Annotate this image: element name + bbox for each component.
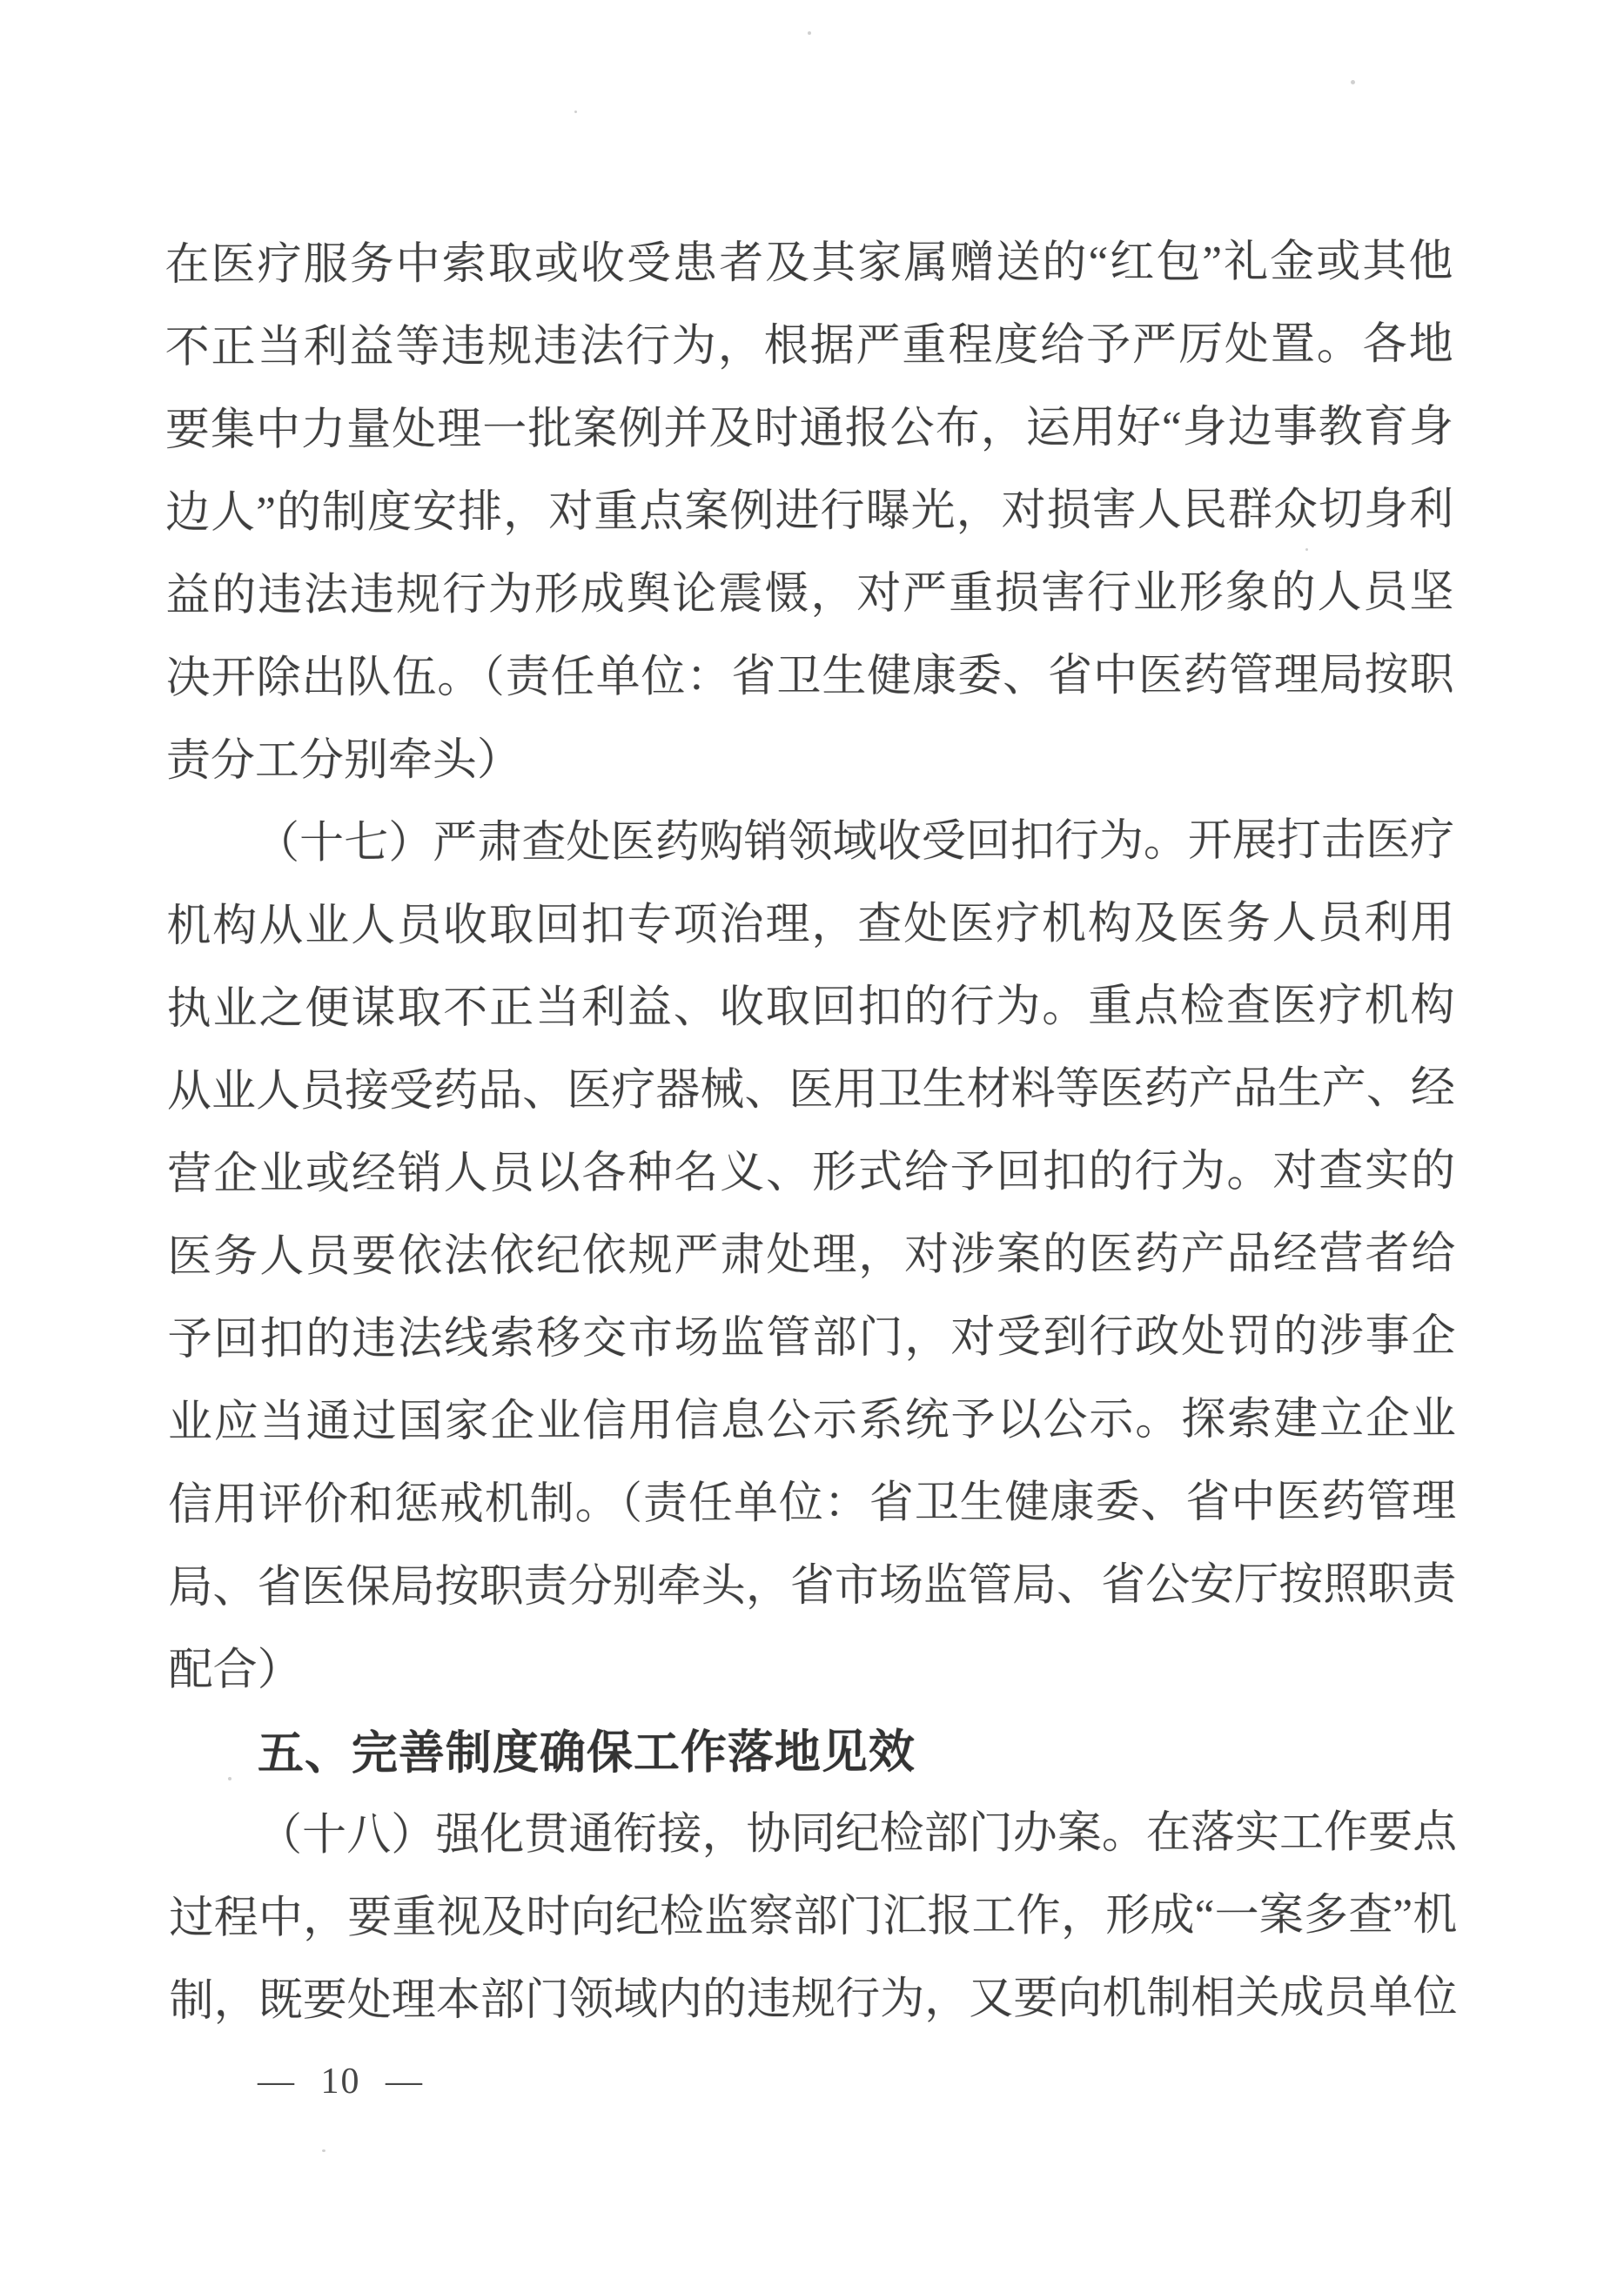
page-number: — 10 — <box>258 2061 424 2102</box>
text-line: 边人”的制度安排，对重点案例进行曝光，对损害人民群众切身利 <box>165 469 1453 555</box>
scan-speck <box>322 2149 325 2152</box>
text-line: 决开除出队伍。（责任单位：省卫生健康委、省中医药管理局按职 <box>166 634 1454 721</box>
text-line: 机构从业人员收取回扣专项治理，查处医疗机构及医务人员利用 <box>166 882 1454 969</box>
scan-speck <box>808 31 811 35</box>
text-line: （十八）强化贯通衔接，协同纪检部门办案。在落实工作要点 <box>169 1792 1457 1878</box>
text-line: 营企业或经销人员以各种名义、形式给予回扣的行为。对查实的 <box>167 1130 1455 1217</box>
scan-speck <box>1351 80 1355 84</box>
text-line: 不正当利益等违规违法行为，根据严重程度给予严厉处置。各地 <box>165 304 1453 390</box>
text-line: 医务人员要依法依纪依规严肃处理，对涉案的医药产品经营者给 <box>167 1213 1455 1299</box>
text-line: 信用评价和惩戒机制。（责任单位：省卫生健康委、省中医药管理 <box>168 1461 1456 1547</box>
text-line: 制，既要处理本部门领域内的违规行为，又要向机制相关成员单位 <box>169 1957 1457 2043</box>
text-line: 从业人员接受药品、医疗器械、医用卫生材料等医药产品生产、经 <box>167 1048 1455 1134</box>
text-line: 在医疗服务中索取或收受患者及其家属赠送的“红包”礼金或其他 <box>164 221 1453 307</box>
text-line: 予回扣的违法线索移交市场监管部门，对受到行政处罚的涉事企 <box>167 1296 1455 1382</box>
text-line: 执业之便谋取不正当利益、收取回扣的行为。重点检查医疗机构 <box>167 965 1455 1051</box>
text-line: 过程中，要重视及时向纪检监察部门汇报工作，形成“一案多查”机 <box>169 1874 1457 1961</box>
section-heading: 五、完善制度确保工作落地见效 <box>169 1709 1457 1795</box>
text-line: 责分工分别牵头） <box>166 717 1454 803</box>
document-page: 在医疗服务中索取或收受患者及其家属赠送的“红包”礼金或其他不正当利益等违规违法行… <box>0 0 1624 2293</box>
scan-speck <box>574 111 577 113</box>
text-line: 配合） <box>168 1626 1456 1713</box>
text-block: 在医疗服务中索取或收受患者及其家属赠送的“红包”礼金或其他不正当利益等违规违法行… <box>164 221 1457 2043</box>
text-line: 业应当通过国家企业信用信息公示系统予以公示。探索建立企业 <box>168 1378 1456 1465</box>
text-line: 局、省医保局按职责分别牵头，省市场监管局、省公安厅按照职责 <box>168 1544 1456 1630</box>
text-line: 要集中力量处理一批案例并及时通报公布，运用好“身边事教育身 <box>165 386 1453 473</box>
scan-speck <box>966 253 970 257</box>
scan-speck <box>1305 548 1308 551</box>
scan-speck <box>228 1777 232 1780</box>
text-line: 益的违法违规行为形成舆论震慑，对严重损害行业形象的人员坚 <box>165 552 1453 638</box>
text-line: （十七）严肃查处医药购销领域收受回扣行为。开展打击医疗 <box>166 800 1454 886</box>
